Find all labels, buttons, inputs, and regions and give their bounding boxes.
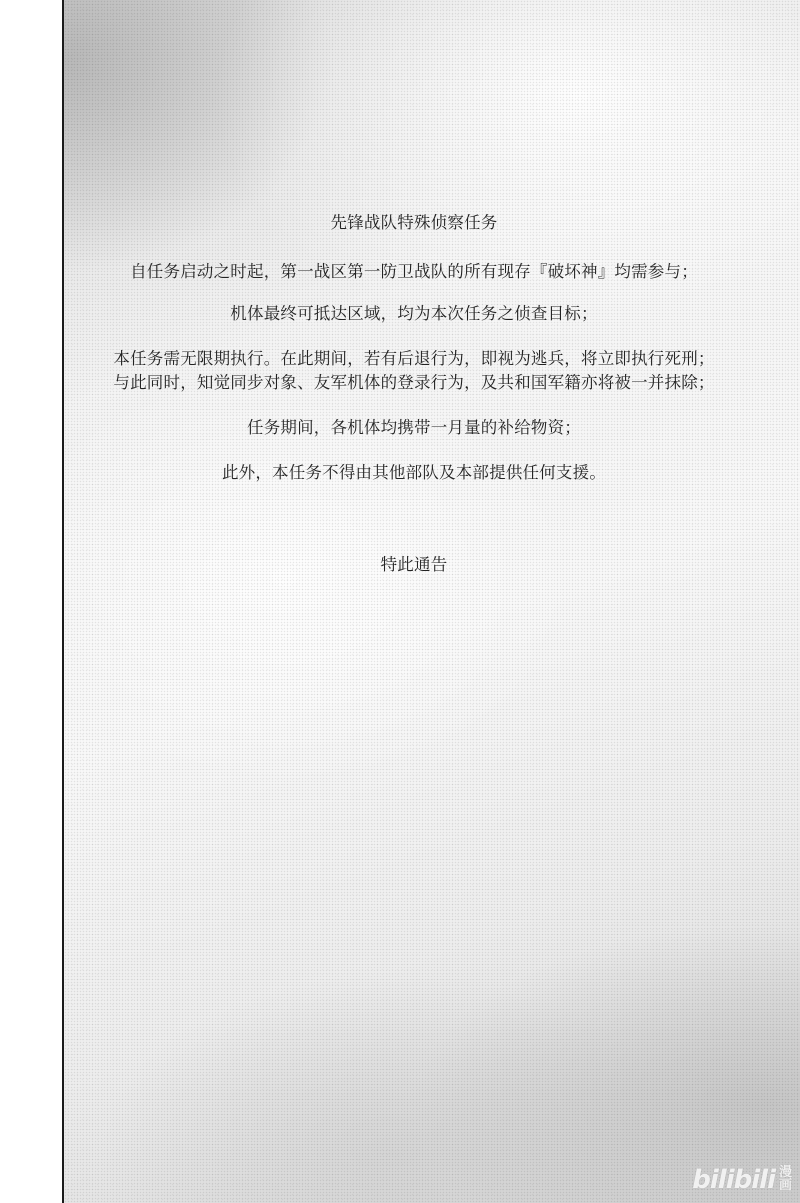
notice-title: 先锋战队特殊侦察任务 <box>64 209 764 233</box>
comic-page: 先锋战队特殊侦察任务 自任务启动之时起，第一战区第一防卫战队的所有现存『破坏神』… <box>0 0 800 1203</box>
manga-label-bottom: 画 <box>779 1179 792 1193</box>
comic-panel: 先锋战队特殊侦察任务 自任务启动之时起，第一战区第一防卫战队的所有现存『破坏神』… <box>62 0 800 1203</box>
notice-line-3: 本任务需无限期执行。在此期间，若有后退行为，即视为逃兵，将立即执行死刑； <box>64 345 764 369</box>
notice-line-6: 此外，本任务不得由其他部队及本部提供任何支援。 <box>64 459 764 483</box>
manga-label: 漫 画 <box>779 1166 792 1193</box>
bilibili-manga-watermark: bilibili 漫 画 <box>692 1166 792 1193</box>
notice-line-4: 与此同时，知觉同步对象、友军机体的登录行为，及共和国军籍亦将被一并抹除； <box>64 369 764 393</box>
notice-line-5: 任务期间，各机体均携带一月量的补给物资； <box>64 414 764 438</box>
screentone-texture <box>64 0 800 1203</box>
notice-closing: 特此通告 <box>64 551 764 575</box>
bilibili-logo-icon: bilibili <box>692 1167 775 1193</box>
notice-line-1: 自任务启动之时起，第一战区第一防卫战队的所有现存『破坏神』均需参与； <box>64 258 764 282</box>
notice-line-2: 机体最终可抵达区域，均为本次任务之侦查目标； <box>64 300 764 324</box>
manga-label-top: 漫 <box>779 1166 792 1180</box>
